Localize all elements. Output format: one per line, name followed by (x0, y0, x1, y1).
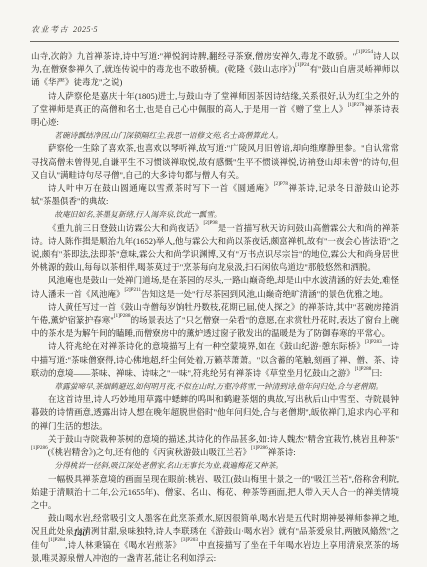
paragraph: 诗人叶申万在鼓山圆通庵以雪煮茶时写下一首《圆通庵》[2]P78禅茶诗,记录冬日游… (31, 182, 399, 208)
poem-line: 茗碗诗瓢结净因,山门深锁隔红尘,我思一语修文苑,名士高僧算此人。 (31, 129, 399, 142)
paragraph: 诗人黄任写过一首《鼓山寺僧每岁饷牡丹数枝,花期已届,使人探之》的禅茶诗,其中"茗… (31, 301, 399, 341)
scanned-paper-page: 农业考古2025·5 山寺,次韵》九首禅茶诗,诗中写道:"禅悦润诗脾,翻经寻茶寮… (0, 0, 427, 567)
paragraph: 诗人萨察伦是嘉庆十年(1805)进士,与鼓山寺了堂禅师因茶因诗结缘,关系很好,认… (31, 90, 399, 130)
page-number: 140 (73, 529, 87, 539)
poem-line: 分得桃岩一径斜,吸江深处老僧家,名山无事长为业,栽遍梅花又种茶。 (31, 459, 399, 472)
paragraph: 一幅极具禅茶意境的画面呈现在眼前:桃岩、吸江(鼓山梅里十景之一的"吸江兰若",俗… (31, 473, 399, 513)
paragraph: 在这首诗里,诗人巧妙地用草露中蟋蟀的鸣叫和鹤避茶烟的典故,写出秋后山中雪至、寺院… (31, 393, 399, 433)
journal-title: 农业考古 (31, 25, 69, 34)
article-body: 山寺,次韵》九首禅茶诗,诗中写道:"禅悦润诗脾,翻经寻茶寮,僧房安禅久,毒龙不敢… (31, 50, 399, 565)
paragraph: 萨察伦一生除了喜欢茶,也喜欢以琴听禅,故写道:"广陵风月旧曾谙,却向维摩静里参。… (31, 142, 399, 182)
paragraph: 山寺,次韵》九首禅茶诗,诗中写道:"禅悦润诗脾,翻经寻茶寮,僧房安禅久,毒龙不敢… (31, 50, 399, 90)
paragraph: 《重九前三日登鼓山访霖公大和尚夜话》[2]P98是一首描写秋天访问鼓山高僧霖公大… (31, 222, 399, 275)
paragraph: 风池庵也是鼓山一处禅门道场,是在茶园的尽头,一路山巅奇绝,却是山中水波清涵的好去… (31, 274, 399, 300)
poem-line: 草露萤啼早,茶烟鹤避迟,如何明月夜,不似在山时,万壑冷将雪,一钟清到诗,他年问归… (31, 380, 399, 393)
header-rule (30, 41, 399, 42)
paragraph: 关于鼓山寺院栽种茶树的意境的描述,其诗化的作品甚多,如:诗人魏杰"精舍宜栽竹,桃… (31, 433, 399, 459)
paragraph: 诗人符兆纶在对禅茶诗化的意境描写上有一种空蒙境界,如在《鼓山纪游·憩东际桥》[3… (31, 340, 399, 380)
journal-issue: 2025·5 (73, 25, 98, 34)
journal-header: 农业考古2025·5 (31, 24, 98, 35)
